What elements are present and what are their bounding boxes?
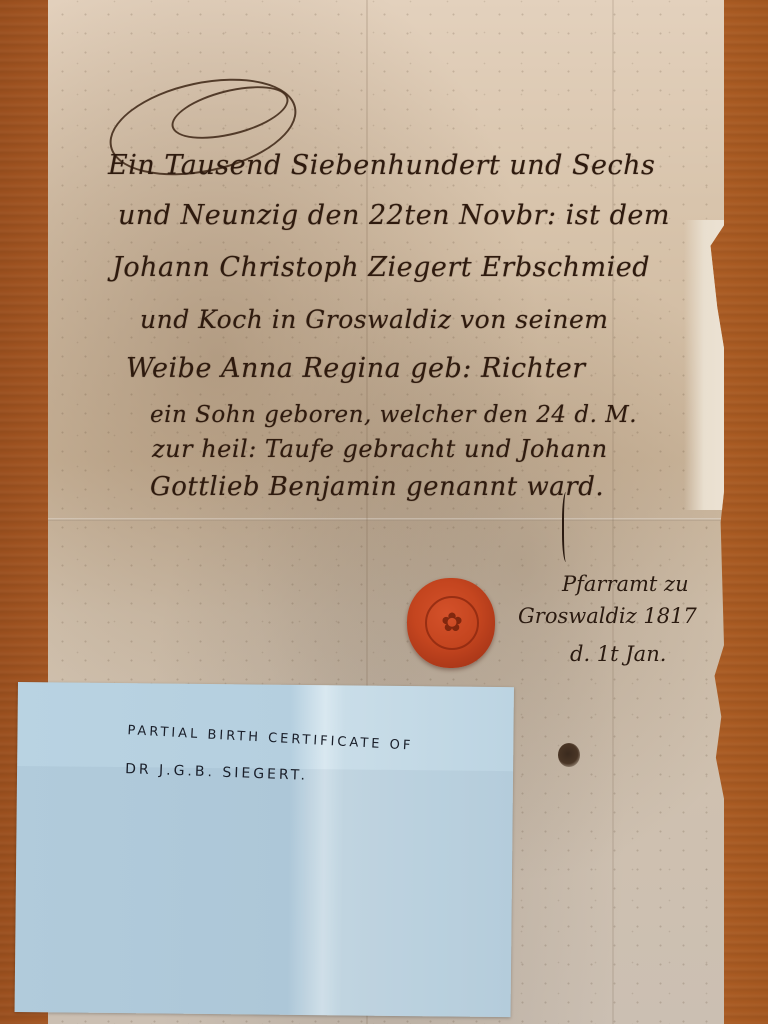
ink-stroke <box>562 492 572 562</box>
label-index-card: PARTIAL BIRTH CERTIFICATE OF DR J.G.B. S… <box>15 682 514 1017</box>
attestation-line-3: d. 1t Jan. <box>570 642 666 666</box>
document-line-2: und Neunzig den 22ten Novbr: ist dem <box>118 200 758 231</box>
document-line-7: zur heil: Taufe gebracht und Johann <box>152 435 768 463</box>
ink-blot <box>558 743 580 767</box>
document-line-6: ein Sohn geboren, welcher den 24 d. M. <box>150 402 768 428</box>
attestation-line-1: Pfarramt zu <box>562 572 689 596</box>
card-shadow <box>15 766 514 1017</box>
attestation-line-2: Groswaldiz 1817 <box>518 604 697 628</box>
document-line-3: Johann Christoph Ziegert Erbschmied <box>112 252 752 283</box>
document-line-4: und Koch in Groswaldiz von seinem <box>140 305 768 334</box>
document-line-8: Gottlieb Benjamin genannt ward. <box>150 472 768 502</box>
document-line-1: Ein Tausend Siebenhundert und Sechs <box>108 150 748 181</box>
document-line-5: Weibe Anna Regina geb: Richter <box>126 353 766 384</box>
card-label-line-1: PARTIAL BIRTH CERTIFICATE OF <box>127 723 414 753</box>
wax-seal: ✿ <box>407 578 495 668</box>
horizontal-fold-line <box>48 518 724 521</box>
seal-emblem-icon: ✿ <box>425 596 479 650</box>
